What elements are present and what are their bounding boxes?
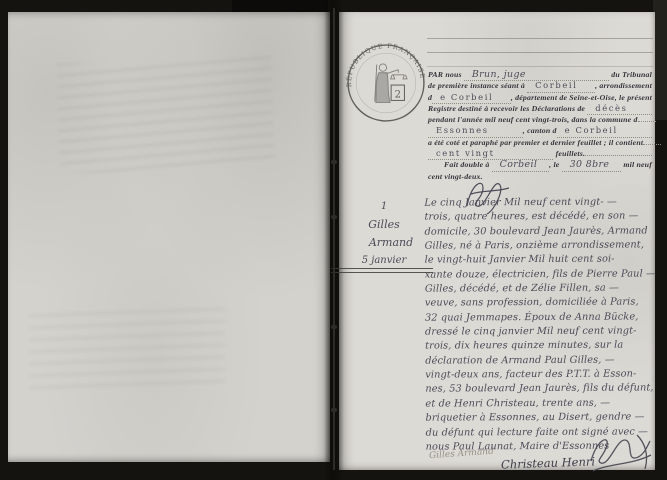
printed-form-text: Registre destiné à recevoir les Déclarat… bbox=[428, 103, 587, 114]
form-line: Fait double à Corbeil, le 30 8bre mil ne… bbox=[428, 159, 652, 170]
form-line: cent vingt feuillets. bbox=[428, 148, 652, 159]
form-line: PAR nous Brun, juge du Tribunal bbox=[428, 69, 652, 80]
register-recto-page: RÉPUBLIQUE FRANÇAISE 2 PAR nous Brun, ju… bbox=[339, 12, 655, 470]
mayor-signature-flourish bbox=[587, 427, 655, 479]
act-margin-note: 1 Gilles Armand 5 janvier bbox=[341, 198, 427, 270]
ink-bleedthrough-smudge bbox=[30, 307, 225, 392]
printed-form-text: PAR nous bbox=[428, 69, 464, 80]
stitch-knot bbox=[331, 408, 337, 412]
form-line: pendant l'année mil neuf cent vingt-troi… bbox=[428, 114, 652, 125]
printed-form-text: a été coté et paraphé par premier et der… bbox=[428, 137, 643, 148]
printed-form-text: , département de Seine-et-Oise, le prése… bbox=[511, 92, 652, 103]
blank-ruled-line bbox=[427, 66, 653, 67]
form-line: Essonnes, canton de Corbeil bbox=[428, 125, 652, 136]
act-text-line: Gilles, né à Paris, onzième arrondisseme… bbox=[425, 238, 655, 254]
act-text-line: dressé le cinq janvier Mil neuf cent vin… bbox=[425, 324, 655, 340]
printed-form-text: , le bbox=[549, 159, 561, 170]
form-line: a été coté et paraphé par premier et der… bbox=[428, 137, 652, 148]
form-line: de Corbeil, département de Seine-et-Oise… bbox=[428, 92, 652, 103]
signature-christeau-henri: Christeau Henri bbox=[501, 454, 595, 471]
stitch-knot bbox=[331, 325, 337, 329]
handwritten-entry bbox=[643, 144, 661, 145]
stitch-knot bbox=[331, 215, 337, 219]
binding-stitch-thread bbox=[333, 8, 335, 470]
margin-separator-rule bbox=[331, 268, 433, 273]
act-text-line: 32 quai Jemmapes. Époux de Anna Bücke, bbox=[425, 310, 655, 326]
act-text-line: trois, dix heures quinze minutes, sur la bbox=[425, 339, 655, 355]
blank-verso-page bbox=[8, 12, 330, 462]
form-line: Registre destiné à recevoir les Déclarat… bbox=[428, 103, 652, 114]
death-act-body: Le cinq Janvier Mil neuf cent vingt- —tr… bbox=[424, 195, 655, 454]
act-text-line: déclaration de Armand Paul Gilles, — bbox=[425, 353, 655, 369]
act-text-line: Gilles, décédé, et de Zélie Fillen, sa — bbox=[425, 281, 655, 297]
act-text-line: trois, quatre heures, est décédé, en son… bbox=[424, 210, 654, 226]
deceased-surname: Gilles bbox=[341, 216, 427, 234]
printed-form-text: Fait double à bbox=[444, 159, 492, 170]
form-line: de première instance séant à Corbeil, ar… bbox=[428, 80, 652, 91]
act-text-line: Le cinq Janvier Mil neuf cent vingt- — bbox=[424, 195, 654, 211]
act-text-line: briquetier à Essonnes, au Disert, gendre… bbox=[425, 411, 655, 427]
printed-form-text: mil neuf bbox=[621, 159, 652, 170]
handwritten-entry bbox=[638, 121, 656, 122]
stamp-denomination: 2 bbox=[395, 88, 402, 100]
handwritten-entry bbox=[585, 155, 652, 156]
blank-ruled-line bbox=[427, 38, 653, 39]
scanned-register-spread: RÉPUBLIQUE FRANÇAISE 2 PAR nous Brun, ju… bbox=[0, 0, 667, 480]
ink-bleedthrough-smudge bbox=[56, 56, 275, 173]
printed-form-text: pendant l'année mil neuf cent vingt-troi… bbox=[428, 114, 638, 125]
act-text-line: nes, 53 boulevard Jean Jaurès, fils du d… bbox=[425, 382, 655, 398]
republique-francaise-fiscal-stamp: RÉPUBLIQUE FRANÇAISE 2 bbox=[345, 42, 427, 124]
act-text-line: xante douze, électricien, fils de Pierre… bbox=[425, 267, 655, 283]
printed-form-text: de première instance séant à bbox=[428, 80, 527, 91]
printed-form-text: , canton d bbox=[523, 125, 557, 136]
printed-form-text: du Tribunal bbox=[609, 69, 652, 80]
declaration-register-form: PAR nous Brun, juge du Tribunalde premiè… bbox=[428, 69, 652, 182]
deceased-given-name: Armand bbox=[341, 234, 427, 252]
printed-form-text: , arrondissement bbox=[595, 80, 652, 91]
stitch-knot bbox=[331, 160, 337, 164]
act-text-line: domicile, 30 boulevard Jean Jaurès, Arma… bbox=[424, 224, 654, 240]
printed-form-text: feuillets. bbox=[553, 148, 585, 159]
binding-gutter bbox=[324, 0, 344, 480]
act-text-line: et de Henri Christeau, trente ans, — bbox=[425, 396, 655, 412]
act-text-line: le vingt-huit Janvier Mil huit cent soi- bbox=[425, 253, 655, 269]
act-text-line: veuve, sans profession, domiciliée à Par… bbox=[425, 296, 655, 312]
act-number: 1 bbox=[341, 198, 427, 216]
scan-frame-shade bbox=[653, 0, 667, 120]
handwritten-entry: 30 8bre bbox=[562, 159, 622, 171]
blank-ruled-line bbox=[427, 52, 653, 53]
act-text-line: vingt-deux ans, facteur des P.T.T. à Ess… bbox=[425, 368, 655, 384]
